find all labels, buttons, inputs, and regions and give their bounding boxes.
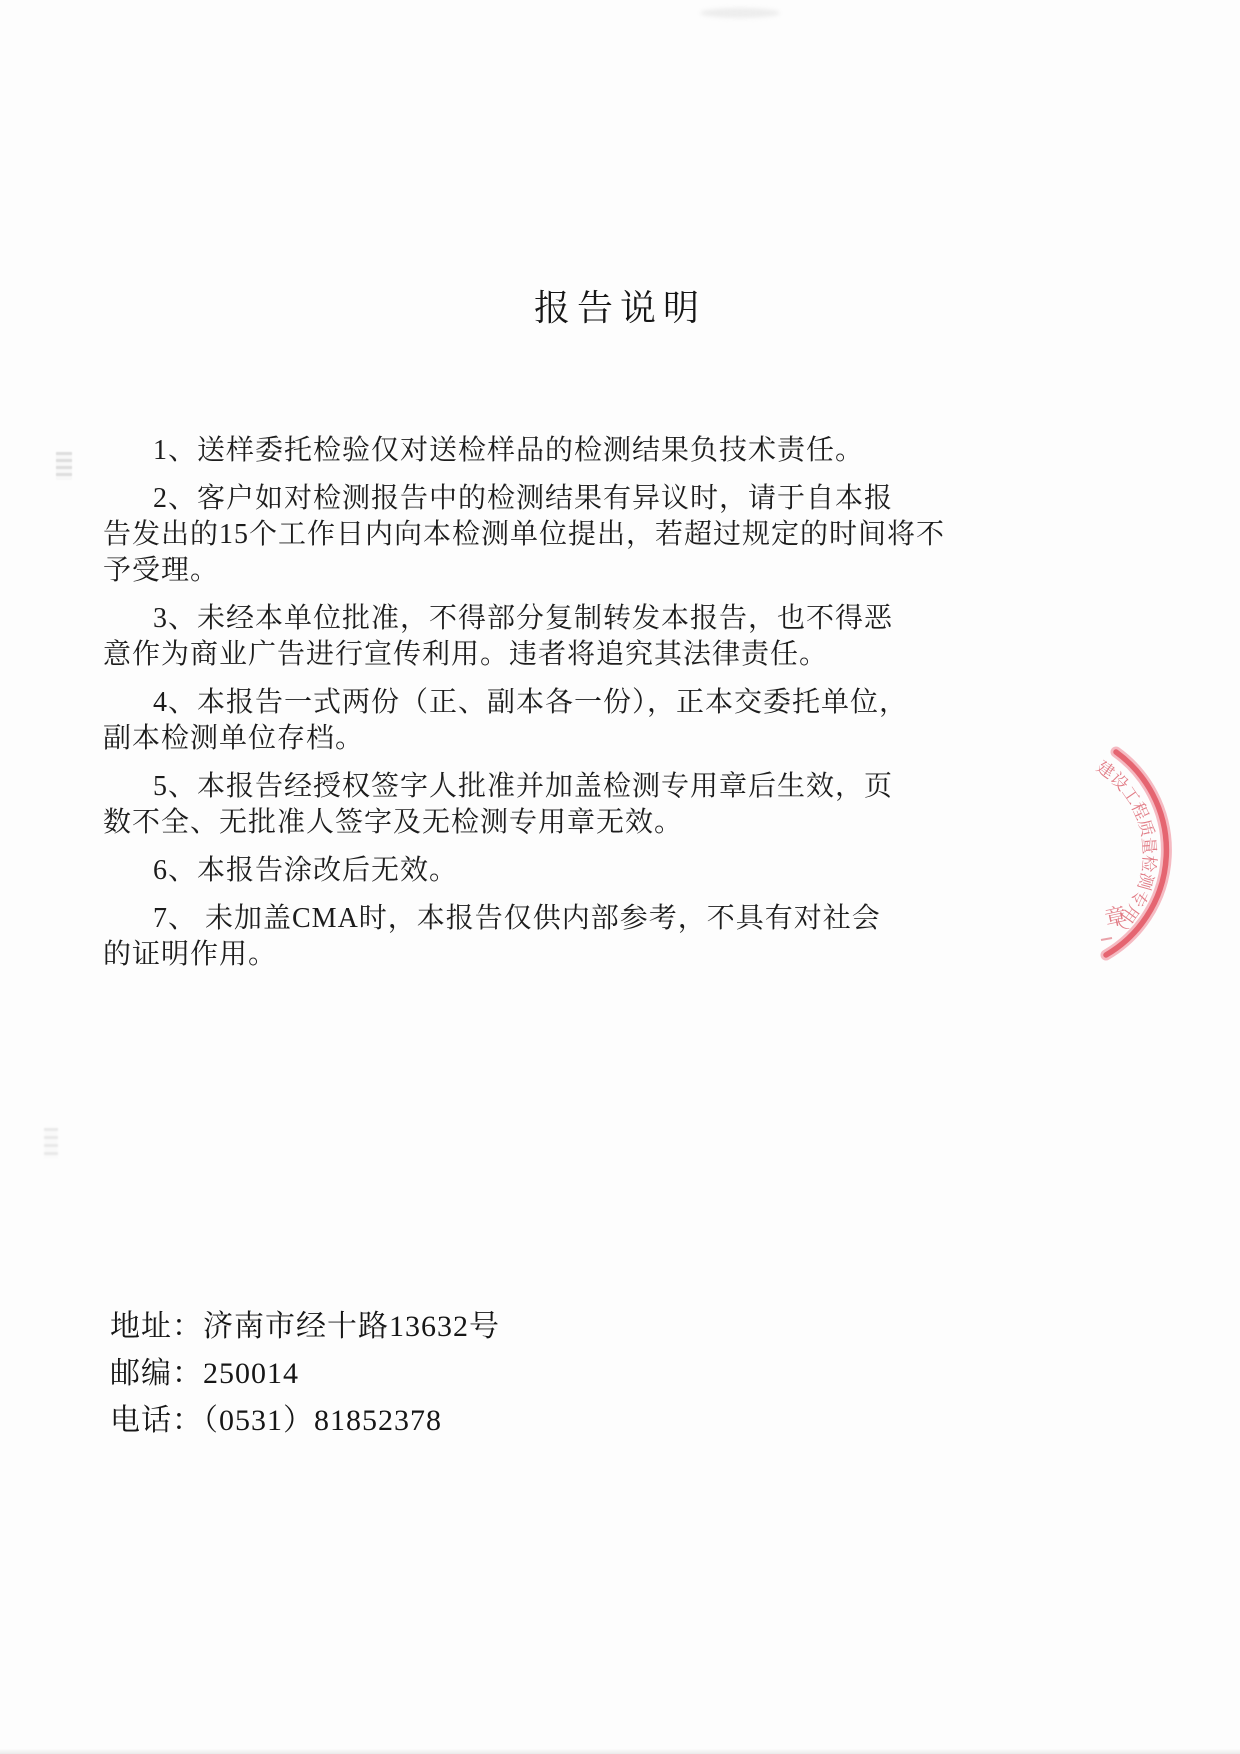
footer-phone: 电话：（0531）81852378 — [110, 1397, 500, 1444]
note-line: 3、未经本单位批准，不得部分复制转发本报告，也不得恶 — [103, 601, 1003, 637]
scan-artifact-left-mark — [56, 452, 72, 480]
footer-postcode-label: 邮编： — [110, 1357, 203, 1390]
note-line: 1、送样委托检验仅对送检样品的检测结果负技术责任。 — [103, 433, 1003, 469]
note-item-4: 4、本报告一式两份（正、副本各一份），正本交委托单位， 副本检测单位存档。 — [103, 685, 1003, 757]
footer-contact-block: 地址：济南市经十路13632号 邮编：250014 电话：（0531）81852… — [110, 1303, 500, 1444]
note-line: 副本检测单位存档。 — [103, 721, 1003, 757]
note-item-7: 7、 未加盖CMA时，本报告仅供内部参考，不具有对社会 的证明作用。 — [103, 901, 1003, 973]
stamp-ink-dash — [1101, 938, 1112, 940]
note-item-1: 1、送样委托检验仅对送检样品的检测结果负技术责任。 — [103, 433, 1003, 469]
note-item-6: 6、本报告涂改后无效。 — [103, 853, 1003, 889]
note-line: 意作为商业广告进行宣传利用。违者将追究其法律责任。 — [103, 637, 1003, 673]
note-line: 6、本报告涂改后无效。 — [103, 853, 1003, 889]
note-line: 7、 未加盖CMA时，本报告仅供内部参考，不具有对社会 — [103, 901, 1003, 937]
scan-artifact-top-smudge — [700, 8, 780, 18]
note-line: 数不全、无批准人签字及无检测专用章无效。 — [103, 805, 1003, 841]
stamp-rim-core — [1106, 752, 1166, 955]
stamp-rim-outer — [1106, 752, 1166, 955]
footer-phone-label: 电话： — [110, 1404, 203, 1437]
note-item-5: 5、本报告经授权签字人批准并加盖检测专用章后生效，页 数不全、无批准人签字及无检… — [103, 769, 1003, 841]
footer-phone-value: （0531）81852378 — [203, 1404, 442, 1437]
scan-artifact-left-mark-2 — [44, 1128, 58, 1158]
note-line: 予受理。 — [103, 553, 1003, 589]
note-item-2: 2、客户如对检测报告中的检测结果有异议时，请于自本报 告发出的15个工作日内向本… — [103, 481, 1003, 589]
stamp-seal-char: 章 — [1102, 902, 1129, 931]
note-line: 2、客户如对检测报告中的检测结果有异议时，请于自本报 — [103, 481, 1003, 517]
note-line: 5、本报告经授权签字人批准并加盖检测专用章后生效，页 — [103, 769, 1003, 805]
footer-address-value: 济南市经十路13632号 — [203, 1310, 500, 1343]
footer-postcode-value: 250014 — [203, 1357, 299, 1390]
footer-postcode: 邮编：250014 — [110, 1350, 500, 1397]
note-line: 4、本报告一式两份（正、副本各一份），正本交委托单位， — [103, 685, 1003, 721]
note-item-3: 3、未经本单位批准，不得部分复制转发本报告，也不得恶 意作为商业广告进行宣传利用… — [103, 601, 1003, 673]
scan-bottom-edge — [0, 1748, 1240, 1754]
note-line: 的证明作用。 — [103, 937, 1003, 973]
footer-address-label: 地址： — [110, 1310, 203, 1343]
report-notes-page: 报告说明 1、送样委托检验仅对送检样品的检测结果负技术责任。 2、客户如对检测报… — [0, 0, 1240, 1754]
stamp-arc-text: 建设工程质量检测专用） — [1093, 757, 1159, 940]
notes-list: 1、送样委托检验仅对送检样品的检测结果负技术责任。 2、客户如对检测报告中的检测… — [103, 433, 1003, 985]
note-line: 告发出的15个工作日内向本检测单位提出，若超过规定的时间将不 — [103, 517, 1003, 553]
red-seal-stamp: 建设工程质量检测专用） 章 — [983, 733, 1193, 983]
page-title: 报告说明 — [0, 0, 1240, 331]
footer-address: 地址：济南市经十路13632号 — [110, 1303, 500, 1350]
